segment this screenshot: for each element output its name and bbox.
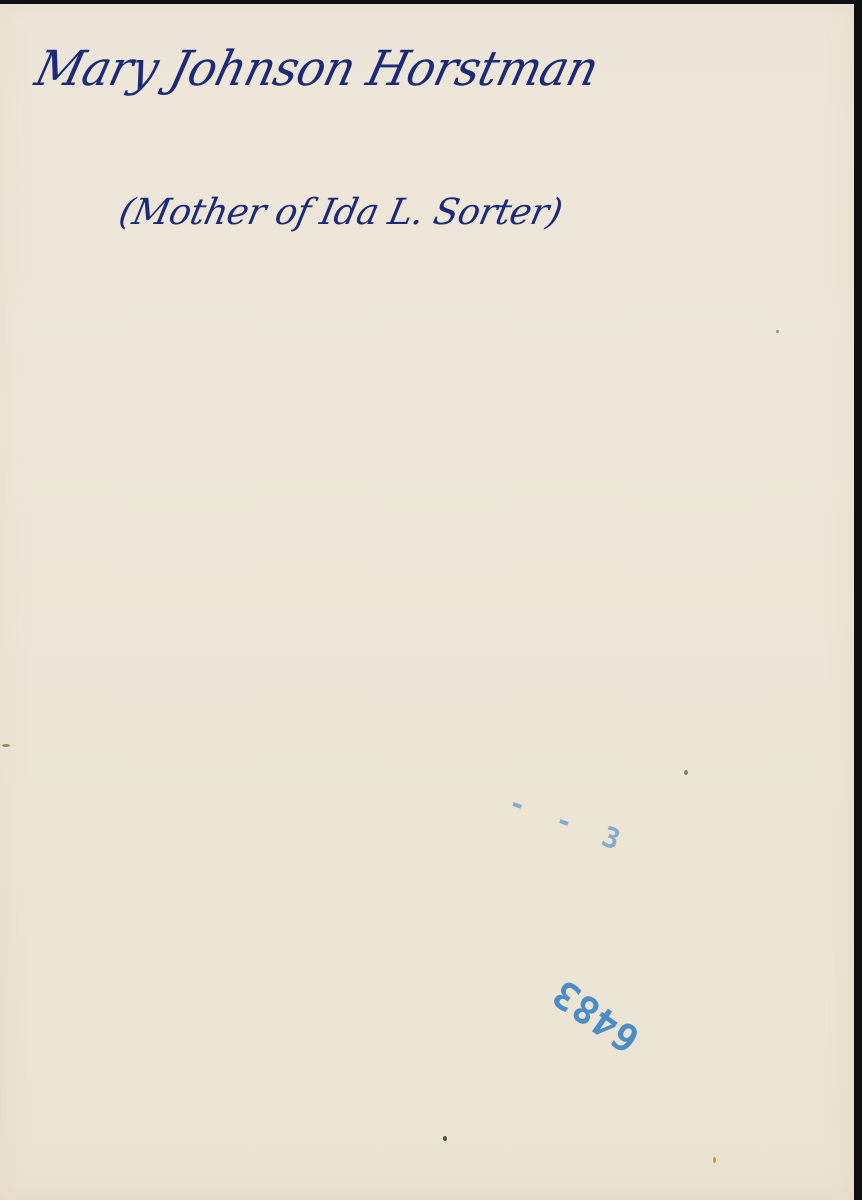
faded-stamp-mark: - - 3 <box>504 786 632 860</box>
paper-speck <box>443 1136 447 1141</box>
paper-speck <box>713 1157 716 1163</box>
paper-speck <box>776 330 779 333</box>
photo-back-paper: Mary Johnson Horstman (Mother of Ida L. … <box>0 4 854 1200</box>
catalog-number-stamp: 6483 <box>544 971 647 1062</box>
paper-speck <box>684 770 688 775</box>
paper-speck <box>2 744 10 747</box>
inscription-name: Mary Johnson Horstman <box>30 40 604 97</box>
inscription-relation: (Mother of Ida L. Sorter) <box>115 192 565 233</box>
document-page: Mary Johnson Horstman (Mother of Ida L. … <box>0 0 862 1200</box>
